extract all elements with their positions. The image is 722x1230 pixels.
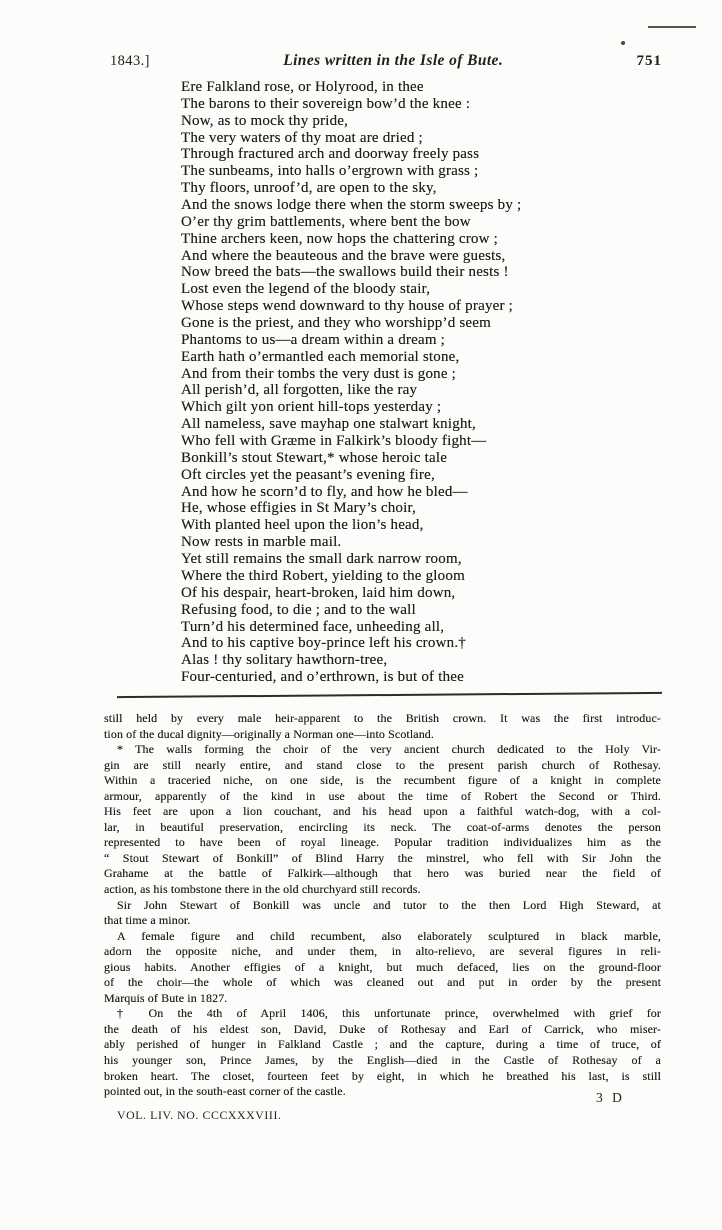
poem-line: Through fractured arch and doorway freel… — [181, 146, 521, 163]
volume-issue-line: VOL. LIV. NO. CCCXXXVIII. — [117, 1108, 282, 1123]
poem-line: The very waters of thy moat are dried ; — [181, 130, 521, 147]
year-marker: 1843.] — [110, 53, 150, 70]
signature-mark: 3 D — [596, 1090, 625, 1106]
poem-line: Oft circles yet the peasant’s evening fi… — [181, 467, 521, 484]
footnote-line: gious habits. Another effigies of a knig… — [104, 960, 661, 976]
footnotes-section: still held by every male heir-apparent t… — [104, 711, 661, 1100]
footnote-line: his younger son, Prince James, by the En… — [104, 1053, 661, 1069]
footnote-paragraph: † On the 4th of April 1406, this unfortu… — [104, 1006, 661, 1099]
poem-line: Who fell with Græme in Falkirk’s bloody … — [181, 433, 521, 450]
poem-line: Where the third Robert, yielding to the … — [181, 568, 521, 585]
footnote-line: gin are still nearly entire, and stand c… — [104, 758, 661, 774]
poem-line: Of his despair, heart-broken, laid him d… — [181, 585, 521, 602]
footnote-line: still held by every male heir-apparent t… — [104, 711, 661, 727]
footnote-line: represented to have been of royal lineag… — [104, 835, 661, 851]
poem-line: With planted heel upon the lion’s head, — [181, 517, 521, 534]
page-header: 1843.] Lines written in the Isle of Bute… — [110, 52, 662, 70]
poem-line: Thine archers keen, now hops the chatter… — [181, 231, 521, 248]
scanned-page: 1843.] Lines written in the Isle of Bute… — [0, 0, 722, 1230]
poem-line: The sunbeams, into halls o’ergrown with … — [181, 163, 521, 180]
footnote-line: Within a traceried niche, on one side, i… — [104, 773, 661, 789]
poem-line: And to his captive boy-prince left his c… — [181, 635, 521, 652]
poem-line: Refusing food, to die ; and to the wall — [181, 602, 521, 619]
poem-line: Lost even the legend of the bloody stair… — [181, 281, 521, 298]
poem-line: Now, as to mock thy pride, — [181, 113, 521, 130]
poem-line: The barons to their sovereign bow’d the … — [181, 96, 521, 113]
poem-line: Phantoms to us—a dream within a dream ; — [181, 332, 521, 349]
footnote-line: that time a minor. — [104, 913, 661, 929]
poem-line: Yet still remains the small dark narrow … — [181, 551, 521, 568]
poem-line: And from their tombs the very dust is go… — [181, 366, 521, 383]
poem-line: Now rests in marble mail. — [181, 534, 521, 551]
poem-line: Earth hath o’ermantled each memorial sto… — [181, 349, 521, 366]
poem-line: And where the beauteous and the brave we… — [181, 248, 521, 265]
footnote-line: * The walls forming the choir of the ver… — [104, 742, 661, 758]
scan-artifact-speck — [621, 41, 625, 45]
footnote-line: lar, in beautiful preservation, encircli… — [104, 820, 661, 836]
footnote-line: “ Stout Stewart of Bonkill” of Blind Har… — [104, 851, 661, 867]
poem-line: Now breed the bats—the swallows build th… — [181, 264, 521, 281]
scan-artifact-line — [648, 26, 696, 28]
footnote-paragraph: Sir John Stewart of Bonkill was uncle an… — [104, 898, 661, 929]
footnote-line: pointed out, in the south-east corner of… — [104, 1084, 661, 1100]
footnote-separator-rule — [117, 692, 662, 698]
poem-line: Bonkill’s stout Stewart,* whose heroic t… — [181, 450, 521, 467]
poem-line: O’er thy grim battlements, where bent th… — [181, 214, 521, 231]
poem-line: He, whose effigies in St Mary’s choir, — [181, 500, 521, 517]
footnote-line: Marquis of Bute in 1827. — [104, 991, 661, 1007]
footnote-line: ably perished of hunger in Falkland Cast… — [104, 1037, 661, 1053]
poem-line: And the snows lodge there when the storm… — [181, 197, 521, 214]
poem-line: And how he scorn’d to fly, and how he bl… — [181, 484, 521, 501]
poem-line: Ere Falkland rose, or Holyrood, in thee — [181, 79, 521, 96]
footnote-line: tion of the ducal dignity—originally a N… — [104, 727, 661, 743]
footnote-line: A female figure and child recumbent, als… — [104, 929, 661, 945]
poem-line: All perish’d, all forgotten, like the ra… — [181, 382, 521, 399]
footnote-paragraph: still held by every male heir-apparent t… — [104, 711, 661, 742]
footnote-line: His feet are upon a lion couchant, and h… — [104, 804, 661, 820]
poem-line: Which gilt yon orient hill-tops yesterda… — [181, 399, 521, 416]
poem-line: Alas ! thy solitary hawthorn-tree, — [181, 652, 521, 669]
poem-line: Gone is the priest, and they who worship… — [181, 315, 521, 332]
poem-line: Four-centuried, and o’erthrown, is but o… — [181, 669, 521, 686]
footnote-line: action, as his tombstone there in the ol… — [104, 882, 661, 898]
poem-line: Turn’d his determined face, unheeding al… — [181, 619, 521, 636]
running-title: Lines written in the Isle of Bute. — [150, 52, 637, 70]
footnote-paragraph: * The walls forming the choir of the ver… — [104, 742, 661, 897]
footnote-line: armour, apparently of the kind in use ab… — [104, 789, 661, 805]
footnote-paragraph: A female figure and child recumbent, als… — [104, 929, 661, 1007]
poem-body: Ere Falkland rose, or Holyrood, in theeT… — [181, 79, 521, 686]
page-number: 751 — [637, 53, 663, 70]
poem-line: All nameless, save mayhap one stalwart k… — [181, 416, 521, 433]
poem-line: Thy floors, unroof’d, are open to the sk… — [181, 180, 521, 197]
footnote-line: Sir John Stewart of Bonkill was uncle an… — [104, 898, 661, 914]
footnote-line: of the choir—the whole of which was clea… — [104, 975, 661, 991]
poem-line: Whose steps wend downward to thy house o… — [181, 298, 521, 315]
footnote-line: † On the 4th of April 1406, this unfortu… — [104, 1006, 661, 1022]
footnote-line: the death of his eldest son, David, Duke… — [104, 1022, 661, 1038]
footnote-line: adorn the opposite niche, and under them… — [104, 944, 661, 960]
footnote-line: Grahame at the battle of Falkirk—althoug… — [104, 866, 661, 882]
footnote-line: broken heart. The closet, fourteen feet … — [104, 1069, 661, 1085]
